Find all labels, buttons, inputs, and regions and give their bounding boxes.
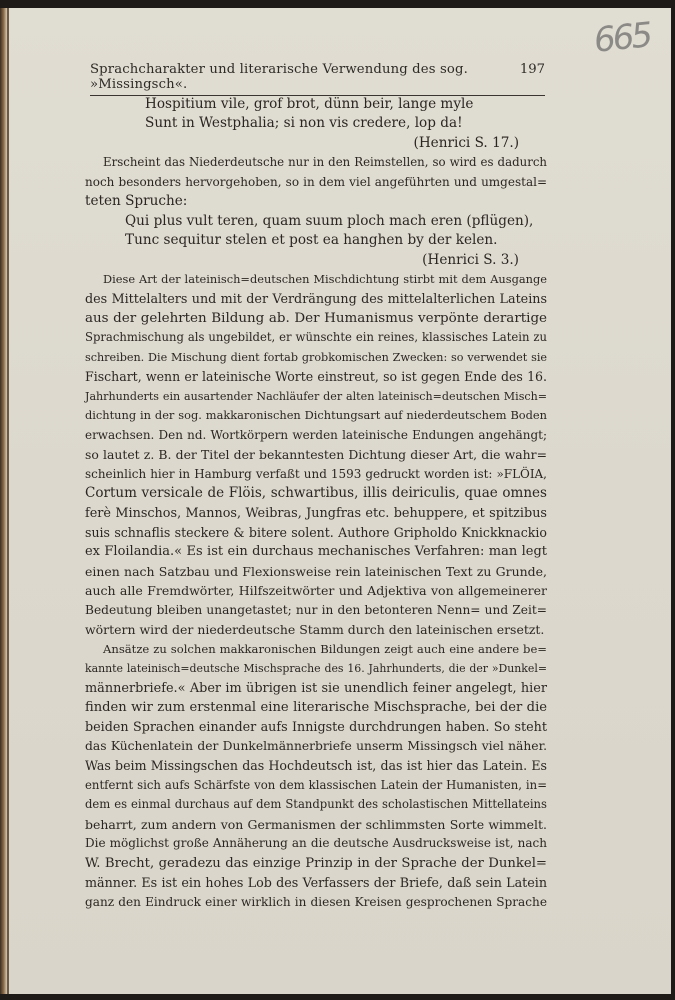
text-line: Diese Art der lateinisch=deutschen Misch… bbox=[85, 270, 547, 289]
text-line: Erscheint das Niederdeutsche nur in den … bbox=[85, 153, 547, 172]
text-line: Jahrhunderts ein ausartender Nachläufer … bbox=[85, 387, 547, 406]
paragraph-1: Erscheint das Niederdeutsche nur in den … bbox=[85, 153, 547, 211]
text-line: noch besonders hervorgehoben, so in dem … bbox=[85, 173, 547, 192]
text-line: Cortum versicale de Flöis, schwartibus, … bbox=[85, 484, 547, 503]
verse-line: Sunt in Westphalia; si non vis credere, … bbox=[145, 114, 547, 133]
paragraph-2: Diese Art der lateinisch=deutschen Misch… bbox=[85, 270, 547, 640]
text-line: beiden Sprachen einander aufs Innigste d… bbox=[85, 718, 547, 737]
text-line: einen nach Satzbau und Flexionsweise rei… bbox=[85, 562, 547, 581]
running-header: Sprachcharakter und literarische Verwend… bbox=[90, 62, 545, 96]
text-line: schreiben. Die Mischung dient fortab gro… bbox=[85, 348, 547, 367]
text-line: dem es einmal durchaus auf dem Standpunk… bbox=[85, 795, 547, 814]
text-line: ferè Minschos, Mannos, Weibras, Jungfras… bbox=[85, 504, 547, 523]
text-line: wörtern wird der niederdeutsche Stamm du… bbox=[85, 620, 547, 639]
verse-quote-1: Hospitium vile, grof brot, dünn beir, la… bbox=[85, 95, 547, 134]
text-line: W. Brecht, geradezu das einzige Prinzip … bbox=[85, 854, 547, 873]
page-number: 197 bbox=[520, 62, 545, 77]
verse-line: Qui plus vult teren, quam suum ploch mac… bbox=[125, 212, 547, 231]
citation: (Henrici S. 3.) bbox=[85, 251, 547, 270]
paragraph-3: Ansätze zu solchen makkaronischen Bildun… bbox=[85, 640, 547, 912]
text-line: kannte lateinisch=deutsche Mischsprache … bbox=[85, 659, 547, 678]
text-line: erwachsen. Den nd. Wortkörpern werden la… bbox=[85, 426, 547, 445]
running-head-title: Sprachcharakter und literarische Verwend… bbox=[90, 62, 520, 92]
text-line: auch alle Fremdwörter, Hilfszeitwörter u… bbox=[85, 581, 547, 600]
text-line: Sprachmischung als ungebildet, er wünsch… bbox=[85, 328, 547, 347]
citation: (Henrici S. 17.) bbox=[85, 134, 547, 153]
text-line: dichtung in der sog. makkaronischen Dich… bbox=[85, 406, 547, 425]
text-line: Bedeutung bleiben unangetastet; nur in d… bbox=[85, 601, 547, 620]
text-line: ganz den Eindruck einer wirklich in dies… bbox=[85, 893, 547, 912]
text-line: ex Floilandia.« Es ist ein durchaus mech… bbox=[85, 542, 547, 561]
text-line: Ansätze zu solchen makkaronischen Bildun… bbox=[85, 640, 547, 659]
text-line: aus der gelehrten Bildung ab. Der Humani… bbox=[85, 309, 547, 328]
text-line: des Mittelalters und mit der Verdrängung… bbox=[85, 290, 547, 309]
text-line: beharrt, zum andern von Germanismen der … bbox=[85, 815, 547, 834]
text-line: das Küchenlatein der Dunkelmännerbriefe … bbox=[85, 737, 547, 756]
verse-line: Hospitium vile, grof brot, dünn beir, la… bbox=[145, 95, 547, 114]
text-line: Fischart, wenn er lateinische Worte eins… bbox=[85, 367, 547, 386]
verse-quote-2: Qui plus vult teren, quam suum ploch mac… bbox=[85, 212, 547, 251]
page-body: Hospitium vile, grof brot, dünn beir, la… bbox=[85, 95, 547, 912]
text-line: Die möglichst große Annäherung an die de… bbox=[85, 834, 547, 853]
verse-line: Tunc sequitur stelen et post ea hanghen … bbox=[125, 231, 547, 250]
handwritten-page-number: 665 bbox=[592, 15, 652, 61]
text-line: teten Spruche: bbox=[85, 192, 547, 211]
text-line: finden wir zum erstenmal eine literarisc… bbox=[85, 698, 547, 717]
text-line: scheinlich hier in Hamburg verfaßt und 1… bbox=[85, 465, 547, 484]
text-line: so lautet z. B. der Titel der bekanntest… bbox=[85, 445, 547, 464]
text-line: suis schnaflis steckere & bitere solent.… bbox=[85, 523, 547, 542]
text-line: männerbriefe.« Aber im übrigen ist sie u… bbox=[85, 679, 547, 698]
text-line: Was beim Missingschen das Hochdeutsch is… bbox=[85, 756, 547, 775]
text-line: männer. Es ist ein hohes Lob des Verfass… bbox=[85, 873, 547, 892]
text-line: entfernt sich aufs Schärfste von dem kla… bbox=[85, 776, 547, 795]
